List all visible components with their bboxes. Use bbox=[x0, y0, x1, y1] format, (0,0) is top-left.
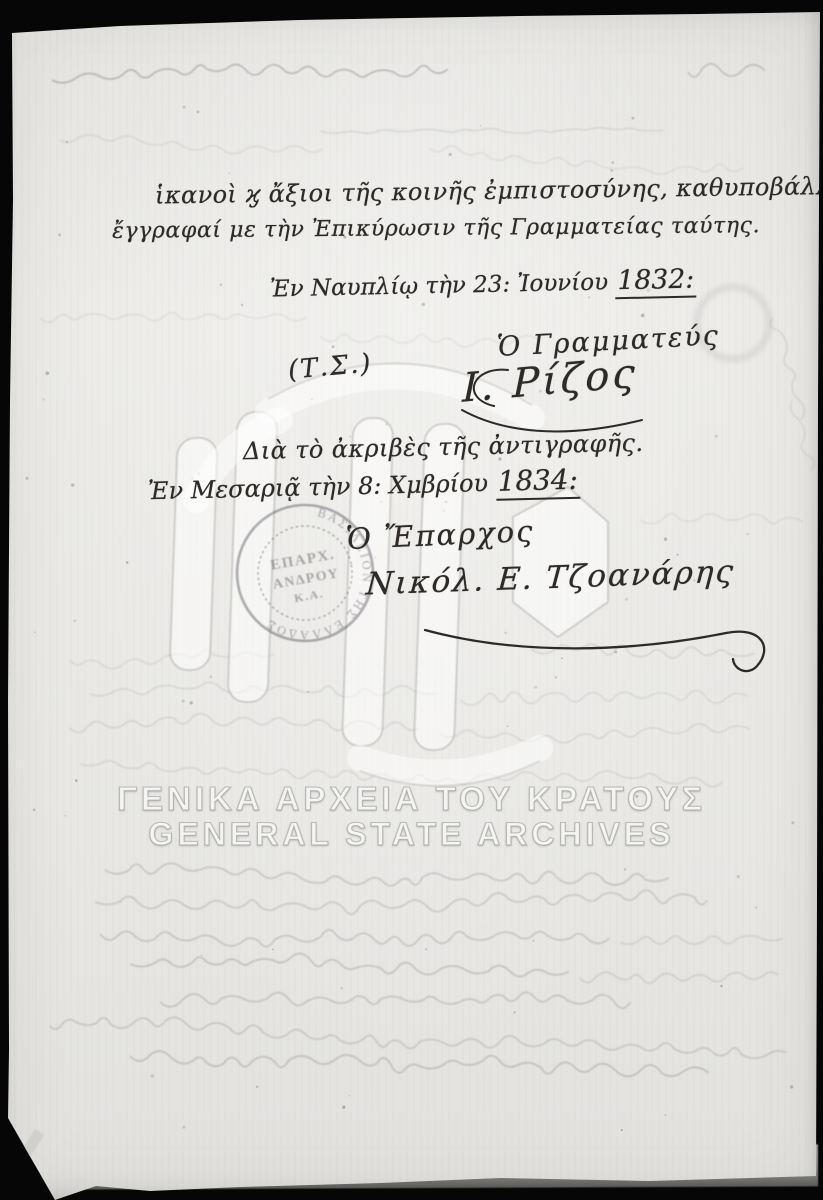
scan-background: ΒΑΣΙΛΕΙΟΝ ΤΗΣ ΕΛΛΑΔΟΣ ΕΠΑΡΧ. ΑΝΔΡΟΥ Κ.Α.… bbox=[0, 0, 823, 1200]
watermark-greek-line: ΓΕΝΙΚΑ ΑΡΧΕΙΑ ΤΟΥ ΚΡΑΤΟΥΣ bbox=[0, 780, 823, 818]
signature-flourishes bbox=[0, 0, 823, 1200]
watermark-english-line: GENERAL STATE ARCHIVES bbox=[0, 816, 823, 853]
manuscript-page: ΒΑΣΙΛΕΙΟΝ ΤΗΣ ΕΛΛΑΔΟΣ ΕΠΑΡΧ. ΑΝΔΡΟΥ Κ.Α.… bbox=[0, 0, 823, 1200]
